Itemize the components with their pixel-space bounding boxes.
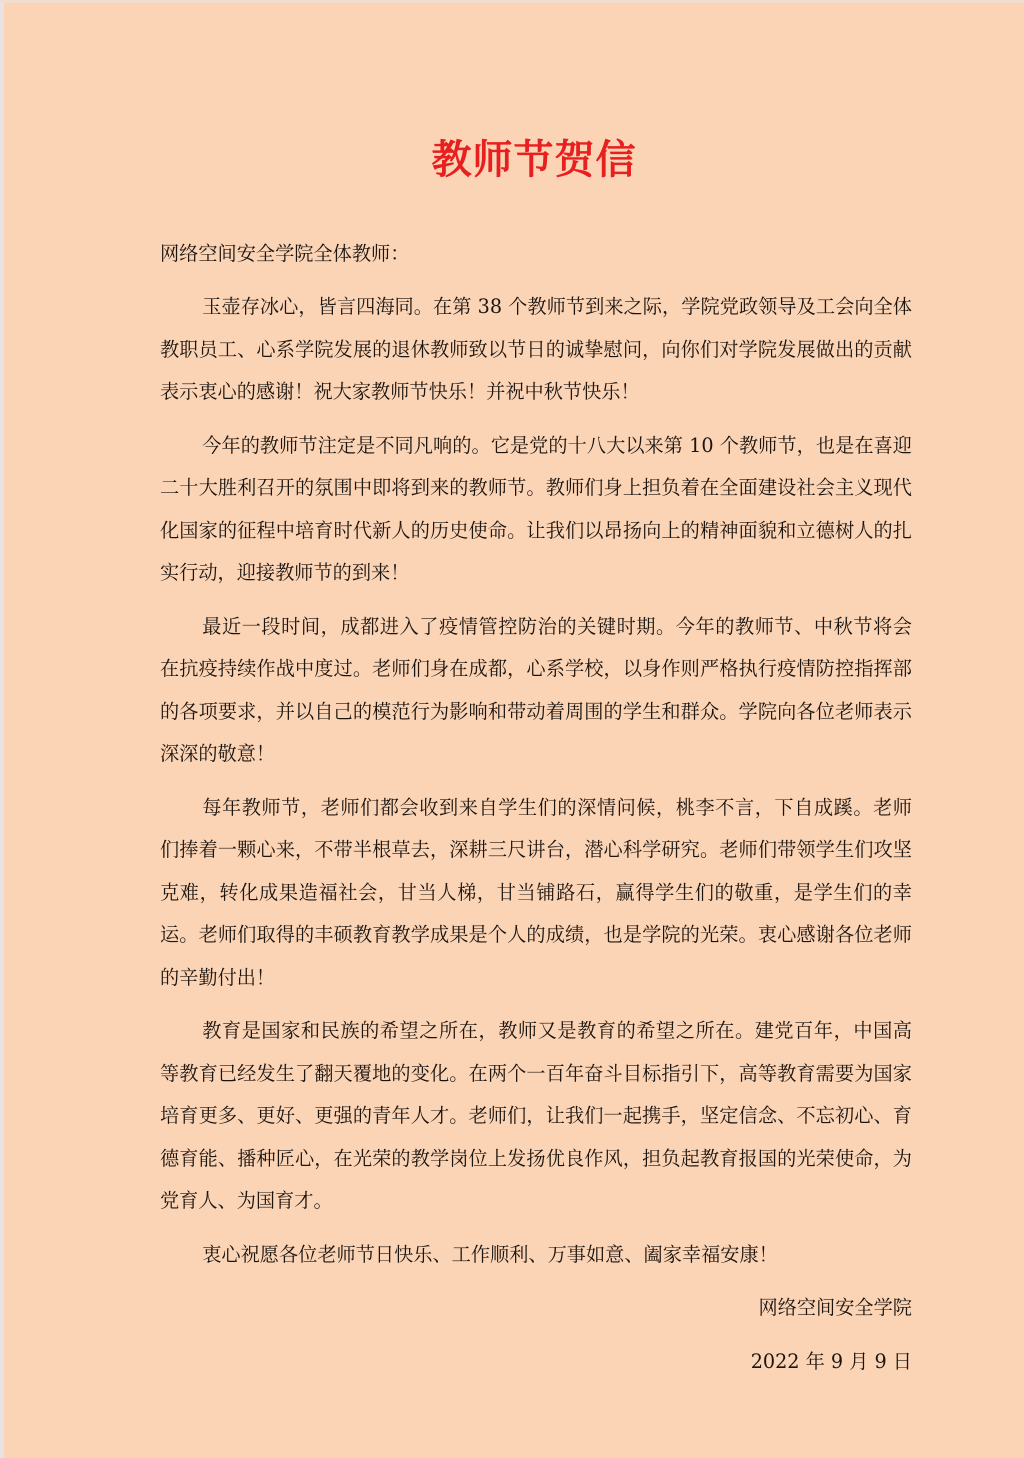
letter-title: 教师节贺信: [4, 132, 1024, 188]
letter-date: 2022 年 9 月 9 日: [160, 1341, 912, 1384]
paragraph-1: 玉壶存冰心，皆言四海同。在第 38 个教师节到来之际，学院党政领导及工会向全体教…: [160, 286, 912, 414]
paragraph-4: 每年教师节，老师们都会收到来自学生们的深情问候，桃李不言，下自成蹊。老师们捧着一…: [160, 787, 912, 1000]
salutation: 网络空间安全学院全体教师：: [160, 233, 912, 275]
letter-body: 网络空间安全学院全体教师： 玉壶存冰心，皆言四海同。在第 38 个教师节到来之际…: [160, 233, 912, 1383]
paragraph-3: 最近一段时间，成都进入了疫情管控防治的关键时期。今年的教师节、中秋节将会在抗疫持…: [160, 606, 912, 776]
closing-wishes: 衷心祝愿各位老师节日快乐、工作顺利、万事如意、阖家幸福安康！: [160, 1234, 912, 1277]
signature: 网络空间安全学院: [160, 1287, 912, 1330]
paragraph-2: 今年的教师节注定是不同凡响的。它是党的十八大以来第 10 个教师节，也是在喜迎二…: [160, 425, 912, 595]
letter-page: 教师节贺信 网络空间安全学院全体教师： 玉壶存冰心，皆言四海同。在第 38 个教…: [0, 0, 1024, 1458]
paragraph-5: 教育是国家和民族的希望之所在，教师又是教育的希望之所在。建党百年，中国高等教育已…: [160, 1010, 912, 1223]
